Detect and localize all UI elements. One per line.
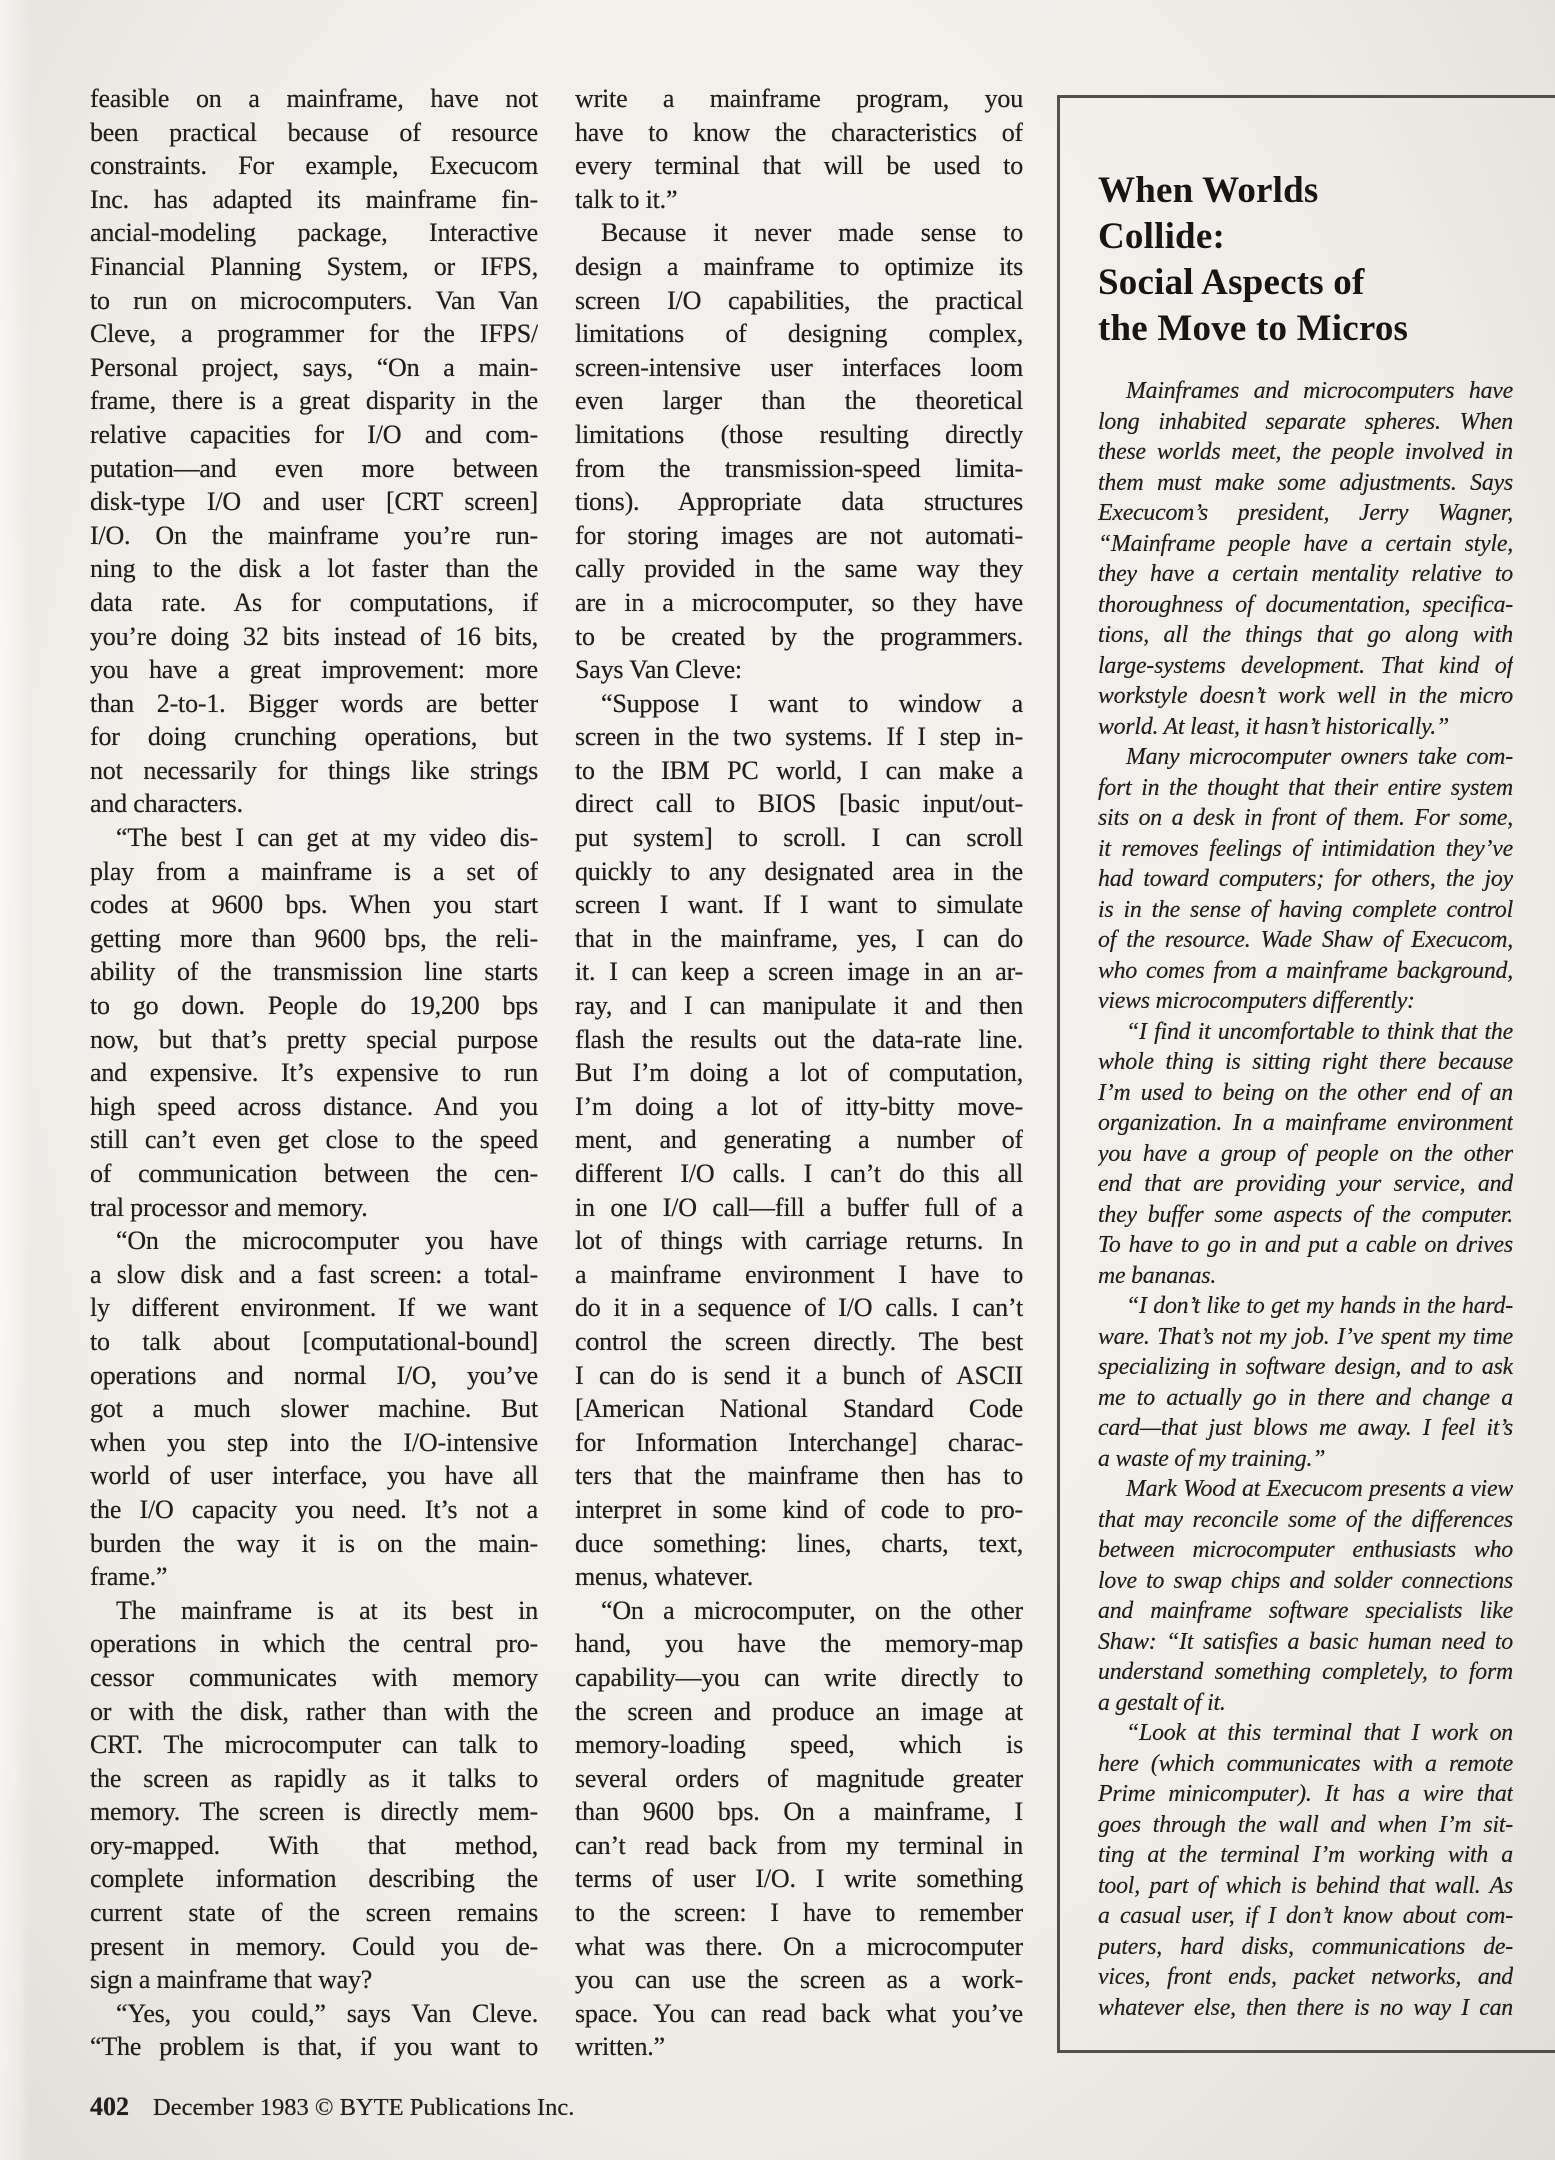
text-line: screen in the two systems. If I step in- [575, 720, 1023, 754]
magazine-page: feasible on a mainframe, have notbeen pr… [0, 0, 1555, 2160]
text-line: operations in which the central pro- [90, 1627, 538, 1661]
text-line: from the transmission-speed limita- [575, 452, 1023, 486]
text-line: now, but that’s pretty special purpose [90, 1023, 538, 1057]
text-line: for Information Interchange] charac- [575, 1426, 1023, 1460]
text-line: direct call to BIOS [basic input/out- [575, 787, 1023, 821]
text-line: relative capacities for I/O and com- [90, 418, 538, 452]
text-line: putation—and even more between [90, 452, 538, 486]
text-line: whole thing is sitting right there becau… [1098, 1047, 1513, 1078]
text-line: Many microcomputer owners take com- [1098, 742, 1513, 773]
text-line: that may reconcile some of the differenc… [1098, 1505, 1513, 1536]
text-line: write a mainframe program, you [575, 82, 1023, 116]
text-line: a gestalt of it. [1098, 1688, 1513, 1719]
text-line: not necessarily for things like strings [90, 754, 538, 788]
text-line: tool, part of which is behind that wall.… [1098, 1871, 1513, 1902]
text-line: memory-loading speed, which is [575, 1728, 1023, 1762]
text-line: Says Van Cleve: [575, 653, 1023, 687]
text-line: [American National Standard Code [575, 1392, 1023, 1426]
text-line: To have to go in and put a cable on driv… [1098, 1230, 1513, 1261]
text-line: cally provided in the same way they [575, 552, 1023, 586]
text-line: flash the results out the data-rate line… [575, 1023, 1023, 1057]
text-line: screen I/O capabilities, the practical [575, 284, 1023, 318]
text-line: “Mainframe people have a certain style, [1098, 529, 1513, 560]
text-line: between microcomputer enthusiasts who [1098, 1535, 1513, 1566]
text-line: Mark Wood at Execucom presents a view [1098, 1474, 1513, 1505]
text-line: they have a certain mentality relative t… [1098, 559, 1513, 590]
text-line: tions). Appropriate data structures [575, 485, 1023, 519]
text-line: me to actually go in there and change a [1098, 1383, 1513, 1414]
text-line: world of user interface, you have all [90, 1459, 538, 1493]
text-line: ning to the disk a lot faster than the [90, 552, 538, 586]
page-footer: 402December 1983 © BYTE Publications Inc… [90, 2092, 790, 2123]
text-line: is in the sense of having complete contr… [1098, 895, 1513, 926]
text-line: Shaw: “It satisfies a basic human need t… [1098, 1627, 1513, 1658]
text-line: getting more than 9600 bps, the reli- [90, 922, 538, 956]
text-line: and expensive. It’s expensive to run [90, 1056, 538, 1090]
text-line: you can use the screen as a work- [575, 1963, 1023, 1997]
text-line: can’t read back from my terminal in [575, 1829, 1023, 1863]
text-line: constraints. For example, Execucom [90, 149, 538, 183]
text-line: of the resource. Wade Shaw of Execucom, [1098, 925, 1513, 956]
text-line: sign a mainframe that way? [90, 1963, 538, 1997]
text-line: world. At least, it hasn’t historically.… [1098, 712, 1513, 743]
text-line: ters that the mainframe then has to [575, 1459, 1023, 1493]
text-line: “I find it uncomfortable to think that t… [1098, 1017, 1513, 1048]
text-line: card—that just blows me away. I feel it’… [1098, 1413, 1513, 1444]
text-line: quickly to any designated area in the [575, 855, 1023, 889]
text-line: ware. That’s not my job. I’ve spent my t… [1098, 1322, 1513, 1353]
text-line: fort in the thought that their entire sy… [1098, 773, 1513, 804]
text-line: play from a mainframe is a set of [90, 855, 538, 889]
text-line: what was there. On a microcomputer [575, 1930, 1023, 1964]
text-line: workstyle doesn’t work well in the micro [1098, 681, 1513, 712]
text-line: Mainframes and microcomputers have [1098, 376, 1513, 407]
text-line: to the IBM PC world, I can make a [575, 754, 1023, 788]
sidebar-title: When WorldsCollide:Social Aspects ofthe … [1098, 168, 1543, 352]
text-line: I can do is send it a bunch of ASCII [575, 1359, 1023, 1393]
text-line: understand something completely, to form [1098, 1657, 1513, 1688]
text-line: limitations (those resulting directly [575, 418, 1023, 452]
text-line: to run on microcomputers. Van Van [90, 284, 538, 318]
text-line: ability of the transmission line starts [90, 955, 538, 989]
text-line: codes at 9600 bps. When you start [90, 888, 538, 922]
text-line: Inc. has adapted its mainframe fin- [90, 183, 538, 217]
text-line: ly different environment. If we want [90, 1291, 538, 1325]
text-line: to go down. People do 19,200 bps [90, 989, 538, 1023]
text-line: terms of user I/O. I write something [575, 1862, 1023, 1896]
text-line: capability—you can write directly to [575, 1661, 1023, 1695]
text-line: interpret in some kind of code to pro- [575, 1493, 1023, 1527]
text-line: every terminal that will be used to [575, 149, 1023, 183]
text-line: them must make some adjustments. Says [1098, 468, 1513, 499]
text-line: memory. The screen is directly mem- [90, 1795, 538, 1829]
text-line: tral processor and memory. [90, 1191, 538, 1225]
text-line: puters, hard disks, communications de- [1098, 1932, 1513, 1963]
text-line: “On the microcomputer you have [90, 1224, 538, 1258]
text-line: data rate. As for computations, if [90, 586, 538, 620]
text-line: put system] to scroll. I can scroll [575, 821, 1023, 855]
text-line: Collide: [1098, 214, 1543, 260]
text-line: had toward computers; for others, the jo… [1098, 864, 1513, 895]
text-line: organization. In a mainframe environment [1098, 1108, 1513, 1139]
text-line: a casual user, if I don’t know about com… [1098, 1901, 1513, 1932]
text-line: the screen and produce an image at [575, 1695, 1023, 1729]
text-line: limitations of designing complex, [575, 317, 1023, 351]
text-line: who comes from a mainframe background, [1098, 956, 1513, 987]
text-line: different I/O calls. I can’t do this all [575, 1157, 1023, 1191]
text-line: duce something: lines, charts, text, [575, 1527, 1023, 1561]
text-line: operations and normal I/O, you’ve [90, 1359, 538, 1393]
text-line: Social Aspects of [1098, 260, 1543, 306]
text-line: ory-mapped. With that method, [90, 1829, 538, 1863]
text-line: even larger than the theoretical [575, 384, 1023, 418]
text-line: I’m used to being on the other end of an [1098, 1078, 1513, 1109]
text-line: Financial Planning System, or IFPS, [90, 250, 538, 284]
text-line: a waste of my training.” [1098, 1444, 1513, 1475]
text-line: But I’m doing a lot of computation, [575, 1056, 1023, 1090]
text-line: the Move to Micros [1098, 306, 1543, 352]
text-line: got a much slower machine. But [90, 1392, 538, 1426]
text-line: vices, front ends, packet networks, and [1098, 1962, 1513, 1993]
text-line: “Yes, you could,” says Van Cleve. [90, 1997, 538, 2031]
text-line: to the screen: I have to remember [575, 1896, 1023, 1930]
text-line: still can’t even get close to the speed [90, 1123, 538, 1157]
text-line: “I don’t like to get my hands in the har… [1098, 1291, 1513, 1322]
text-line: for storing images are not automati- [575, 519, 1023, 553]
text-line: thoroughness of documentation, specifica… [1098, 590, 1513, 621]
text-line: than 2-to-1. Bigger words are better [90, 687, 538, 721]
text-line: views microcomputers differently: [1098, 986, 1513, 1017]
text-line: do it in a sequence of I/O calls. I can’… [575, 1291, 1023, 1325]
text-line: are in a microcomputer, so they have [575, 586, 1023, 620]
text-line: large-systems development. That kind of [1098, 651, 1513, 682]
text-line: you have a great improvement: more [90, 653, 538, 687]
text-line: that in the mainframe, yes, I can do [575, 922, 1023, 956]
text-line: present in memory. Could you de- [90, 1930, 538, 1964]
text-line: sits on a desk in front of them. For som… [1098, 803, 1513, 834]
text-line: lot of things with carriage returns. In [575, 1224, 1023, 1258]
text-line: menus, whatever. [575, 1560, 1023, 1594]
text-line: the I/O capacity you need. It’s not a [90, 1493, 538, 1527]
text-line: I’m doing a lot of itty-bitty move- [575, 1090, 1023, 1124]
text-line: high speed across distance. And you [90, 1090, 538, 1124]
text-line: long inhabited separate spheres. When [1098, 407, 1513, 438]
text-line: you’re doing 32 bits instead of 16 bits, [90, 620, 538, 654]
text-line: end that are providing your service, and [1098, 1169, 1513, 1200]
text-line: to talk about [computational-bound] [90, 1325, 538, 1359]
text-line: feasible on a mainframe, have not [90, 82, 538, 116]
text-line: it removes feelings of intimidation they… [1098, 834, 1513, 865]
text-line: frame.” [90, 1560, 538, 1594]
text-line: “Look at this terminal that I work on [1098, 1718, 1513, 1749]
text-line: space. You can read back what you’ve [575, 1997, 1023, 2031]
text-line: tions, all the things that go along with [1098, 620, 1513, 651]
text-line: goes through the wall and when I’m sit- [1098, 1810, 1513, 1841]
sidebar-body: Mainframes and microcomputers havelong i… [1098, 376, 1513, 2023]
text-line: control the screen directly. The best [575, 1325, 1023, 1359]
text-line: ancial-modeling package, Interactive [90, 216, 538, 250]
text-line: Because it never made sense to [575, 216, 1023, 250]
text-line: they buffer some aspects of the computer… [1098, 1200, 1513, 1231]
text-line: me bananas. [1098, 1261, 1513, 1292]
text-line: screen I want. If I want to simulate [575, 888, 1023, 922]
article-column-middle: write a mainframe program, youhave to kn… [575, 82, 1023, 2064]
text-line: whatever else, then there is no way I ca… [1098, 1993, 1513, 2024]
text-line: current state of the screen remains [90, 1896, 538, 1930]
text-line: of communication between the cen- [90, 1157, 538, 1191]
text-line: “Suppose I want to window a [575, 687, 1023, 721]
text-line: ray, and I can manipulate it and then [575, 989, 1023, 1023]
text-line: CRT. The microcomputer can talk to [90, 1728, 538, 1762]
scan-edge-artifact [0, 0, 30, 2160]
text-line: for doing crunching operations, but [90, 720, 538, 754]
text-line: ment, and generating a number of [575, 1123, 1023, 1157]
text-line: a slow disk and a fast screen: a total- [90, 1258, 538, 1292]
text-line: and mainframe software specialists like [1098, 1596, 1513, 1627]
text-line: disk-type I/O and user [CRT screen] [90, 485, 538, 519]
text-line: When Worlds [1098, 168, 1543, 214]
text-line: screen-intensive user interfaces loom [575, 351, 1023, 385]
text-line: you have a group of people on the other [1098, 1139, 1513, 1170]
text-line: design a mainframe to optimize its [575, 250, 1023, 284]
text-line: a mainframe environment I have to [575, 1258, 1023, 1292]
text-line: when you step into the I/O-intensive [90, 1426, 538, 1460]
text-line: “The problem is that, if you want to [90, 2030, 538, 2064]
text-line: been practical because of resource [90, 116, 538, 150]
text-line: burden the way it is on the main- [90, 1527, 538, 1561]
page-number: 402 [90, 2092, 129, 2121]
text-line: talk to it.” [575, 183, 1023, 217]
text-line: Prime minicomputer). It has a wire that [1098, 1779, 1513, 1810]
text-line: the screen as rapidly as it talks to [90, 1762, 538, 1796]
text-line: here (which communicates with a remote [1098, 1749, 1513, 1780]
text-line: Execucom’s president, Jerry Wagner, [1098, 498, 1513, 529]
text-line: ting at the terminal I’m working with a [1098, 1840, 1513, 1871]
text-line: The mainframe is at its best in [90, 1594, 538, 1628]
footer-credit: December 1983 © BYTE Publications Inc. [153, 2094, 574, 2121]
text-line: “The best I can get at my video dis- [90, 821, 538, 855]
text-line: it. I can keep a screen image in an ar- [575, 955, 1023, 989]
text-line: love to swap chips and solder connection… [1098, 1566, 1513, 1597]
text-line: than 9600 bps. On a mainframe, I [575, 1795, 1023, 1829]
text-line: these worlds meet, the people involved i… [1098, 437, 1513, 468]
text-line: in one I/O call—fill a buffer full of a [575, 1191, 1023, 1225]
text-line: complete information describing the [90, 1862, 538, 1896]
text-line: cessor communicates with memory [90, 1661, 538, 1695]
text-line: or with the disk, rather than with the [90, 1695, 538, 1729]
text-line: and characters. [90, 787, 538, 821]
text-line: specializing in software design, and to … [1098, 1352, 1513, 1383]
text-line: Personal project, says, “On a main- [90, 351, 538, 385]
text-line: frame, there is a great disparity in the [90, 384, 538, 418]
text-line: several orders of magnitude greater [575, 1762, 1023, 1796]
sidebar-box: When WorldsCollide:Social Aspects ofthe … [1057, 95, 1555, 2053]
text-line: written.” [575, 2030, 1023, 2064]
text-line: to be created by the programmers. [575, 620, 1023, 654]
text-line: hand, you have the memory-map [575, 1627, 1023, 1661]
text-line: have to know the characteristics of [575, 116, 1023, 150]
text-line: Cleve, a programmer for the IFPS/ [90, 317, 538, 351]
text-line: “On a microcomputer, on the other [575, 1594, 1023, 1628]
text-line: I/O. On the mainframe you’re run- [90, 519, 538, 553]
article-column-left: feasible on a mainframe, have notbeen pr… [90, 82, 538, 2064]
